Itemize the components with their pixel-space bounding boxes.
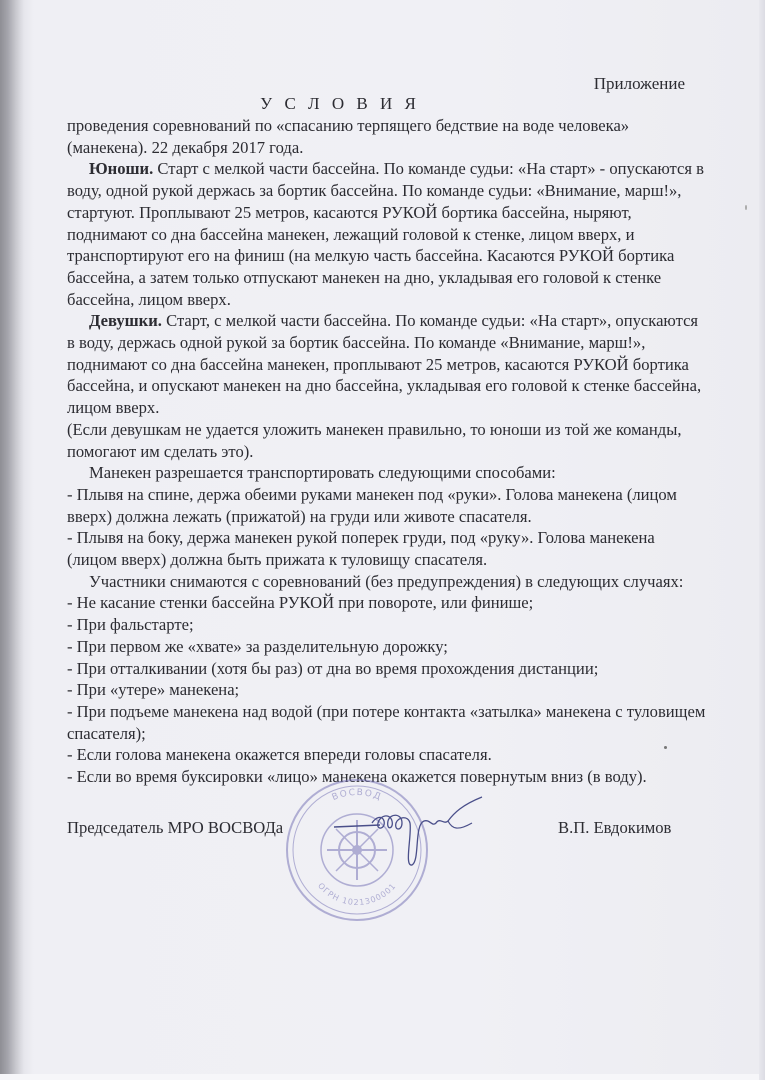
girls-label: Девушки. [89, 311, 162, 330]
document-body: проведения соревнований по «спасанию тер… [67, 115, 707, 788]
disqualification-case: - При первом же «хвате» за разделительну… [67, 636, 707, 658]
disqualification-case: - При «утере» манекена; [67, 679, 707, 701]
svg-text:ОГРН 1021300001: ОГРН 1021300001 [316, 881, 398, 907]
girls-paragraph: Девушки. Старт, с мелкой части бассейна.… [67, 310, 707, 419]
girls-note: (Если девушкам не удается уложить манеке… [67, 419, 707, 462]
transport-intro: Манекен разрешается транспортировать сле… [67, 462, 707, 484]
signatory-name: В.П. Евдокимов [558, 817, 671, 839]
boys-label: Юноши. [89, 159, 153, 178]
transport-method: - Плывя на спине, держа обеими руками ма… [67, 484, 707, 527]
disqualification-case: - Если голова манекена окажется впереди … [67, 744, 707, 766]
girls-text: Старт, с мелкой части бассейна. По коман… [67, 311, 701, 417]
scanned-page: Приложение У С Л О В И Я проведения соре… [0, 0, 765, 1080]
disqualification-case: - Не касание стенки бассейна РУКОЙ при п… [67, 592, 707, 614]
page-bottom-edge [0, 1074, 765, 1080]
signatory-position: Председатель МРО ВОСВОДа [67, 817, 283, 839]
boys-paragraph: Юноши. Старт с мелкой части бассейна. По… [67, 158, 707, 310]
scan-speck [664, 746, 667, 749]
disqualification-case: - При подъеме манекена над водой (при по… [67, 701, 707, 744]
transport-method: - Плывя на боку, держа манекен рукой поп… [67, 527, 707, 570]
appendix-label: Приложение [594, 73, 685, 95]
scan-speck [745, 205, 747, 210]
boys-text: Старт с мелкой части бассейна. По команд… [67, 159, 704, 308]
handwritten-signature-icon [332, 795, 512, 875]
disqualification-case: - При фальстарте; [67, 614, 707, 636]
disqualification-intro: Участники снимаются с соревнований (без … [67, 571, 707, 593]
disqualification-case: - При отталкивании (хотя бы раз) от дна … [67, 658, 707, 680]
document-title: У С Л О В И Я [0, 93, 680, 115]
intro-paragraph: проведения соревнований по «спасанию тер… [67, 115, 707, 158]
